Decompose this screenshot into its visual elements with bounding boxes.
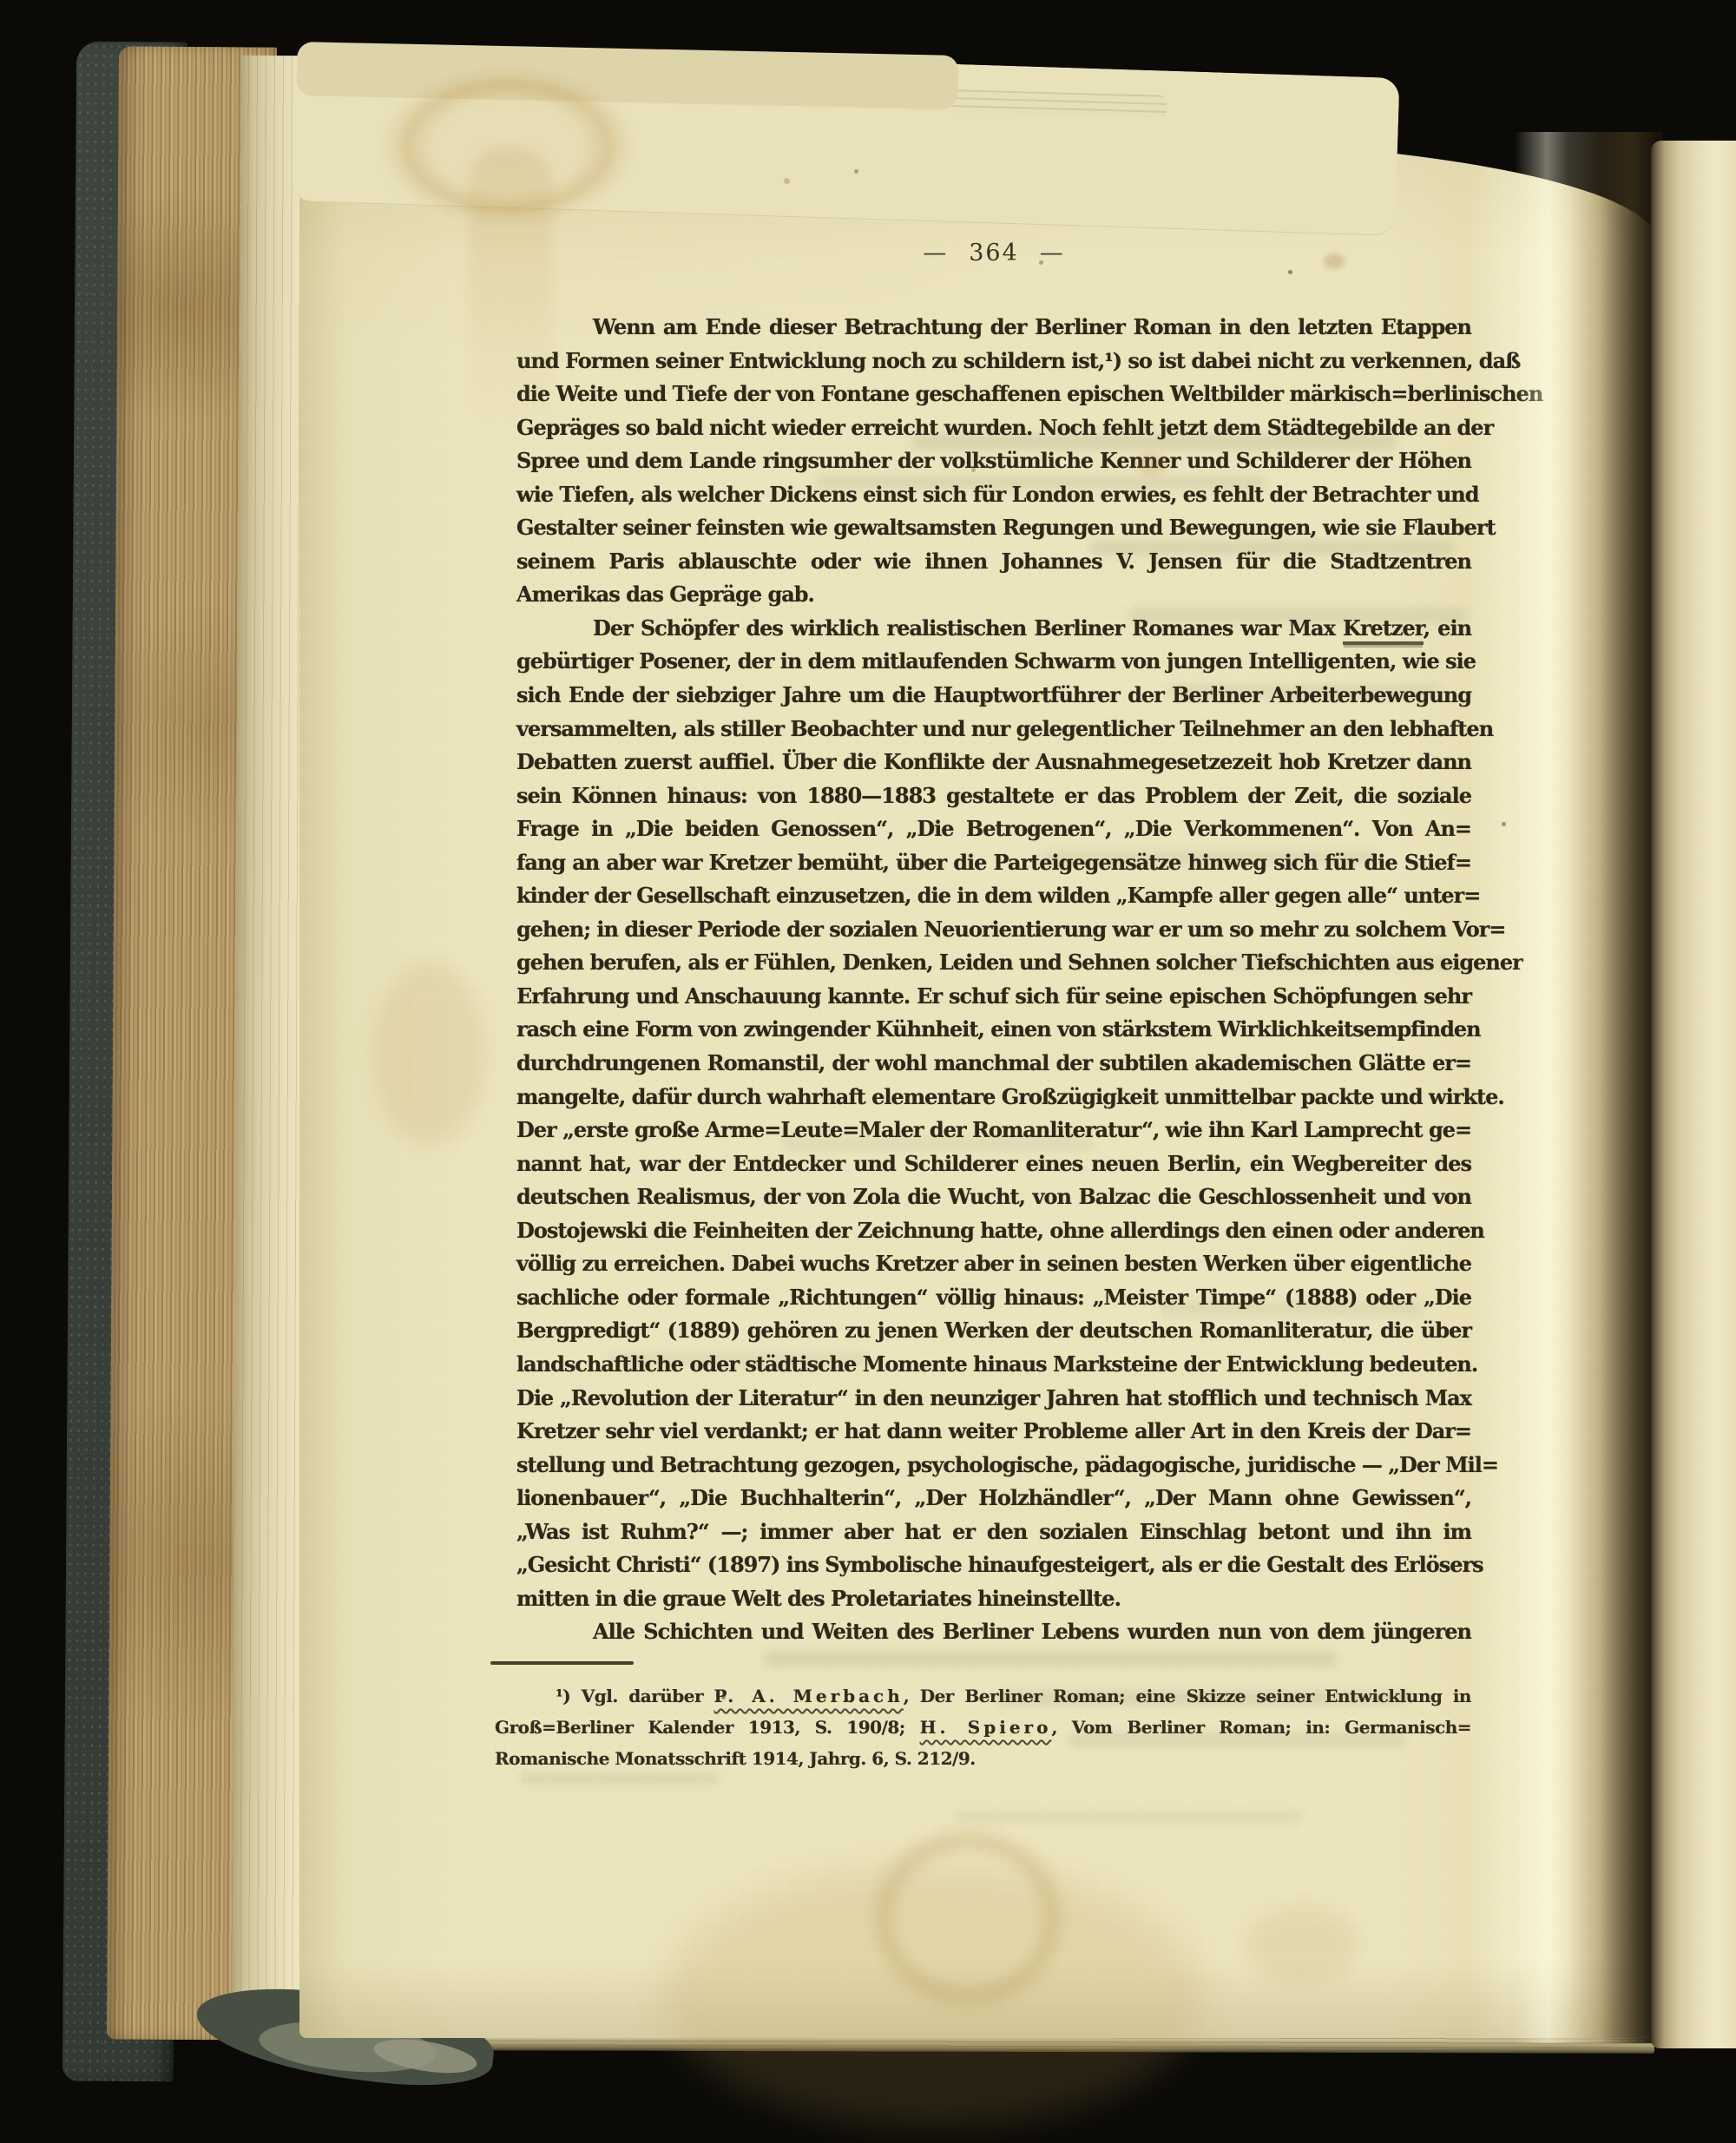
text-line: Dostojewski die Feinheiten der Zeichnung… [516,1214,1471,1248]
text-line: „Was ist Ruhm?“ —; immer aber hat er den… [516,1515,1471,1549]
bleed-through-line [764,1651,1337,1666]
facing-page-edge [1651,141,1736,2048]
line-segment: ¹) Vgl. darüber [556,1686,714,1706]
text-line: Spree und dem Lande ringsumher der volks… [516,444,1471,478]
text-line: sich Ende der siebziger Jahre um die Hau… [516,679,1471,713]
text-line: Die „Revolution der Literatur“ in den ne… [516,1382,1471,1416]
page-number: —364— [516,240,1471,266]
paragraph: Alle Schichten und Weiten des Berliner L… [516,1615,1471,1649]
text-line: „Gesicht Christi“ (1897) ins Symbolische… [516,1548,1471,1582]
wavy-underline-merbach: P. A. Merbach [714,1686,904,1706]
line-segment: Groß=Berliner Kalender 1913, S. 190/8; [495,1717,920,1738]
paper-stain [664,1866,1202,2127]
text-line: nannt hat, war der Entdecker und Schilde… [516,1147,1471,1181]
ink-underline-kretzer: Kretzer [1343,615,1424,645]
text-line: kinder der Gesellschaft einzusetzen, die… [516,879,1471,913]
gutter-shadow [1515,132,1662,2043]
bleed-through-line [955,1811,1302,1823]
header-dash: — [1040,240,1065,266]
text-line: Der Schöpfer des wirklich realistischen … [516,612,1471,646]
line-segment: , ein [1424,615,1471,641]
text-line: deutschen Realismus, der von Zola die Wu… [516,1180,1471,1214]
text-line: die Weite und Tiefe der von Fontane gesc… [516,378,1471,411]
line-segment: , Der Berliner Roman; eine Skizze seiner… [904,1686,1471,1706]
line-segment: Der Schöpfer des wirklich realistischen … [593,615,1343,641]
paper-stain [373,963,486,1146]
text-line: seinem Paris ablauschte oder wie ihnen J… [516,545,1471,579]
text-line: durchdrungenen Romanstil, der wohl manch… [516,1047,1471,1081]
text-line: wie Tiefen, als welcher Dickens einst si… [516,478,1471,512]
footnote-line: ¹) Vgl. darüber P. A. Merbach, Der Berli… [495,1680,1471,1712]
text-line: sachliche oder formale „Richtungen“ völl… [516,1281,1471,1315]
text-line: rasch eine Form von zwingender Kühnheit,… [516,1013,1471,1047]
footnote-line: Groß=Berliner Kalender 1913, S. 190/8; H… [495,1712,1471,1743]
text-line: Frage in „Die beiden Genossen“, „Die Bet… [516,812,1471,846]
dust-specks [0,0,3,3]
paper-stain [1246,1905,1358,1983]
bleed-through-line [519,1772,719,1785]
footnote-line: Romanische Monatsschrift 1914, Jahrg. 6,… [495,1743,1471,1774]
paragraph: Der Schöpfer des wirklich realistischen … [516,612,1471,1615]
text-line: Gestalter seiner feinsten wie gewaltsams… [516,511,1471,545]
body-text: Wenn am Ende dieser Betrachtung der Berl… [516,311,1471,1649]
text-line: gehen; in dieser Periode der sozialen Ne… [516,913,1471,947]
paragraph: Wenn am Ende dieser Betrachtung der Berl… [516,311,1471,612]
text-line: Wenn am Ende dieser Betrachtung der Berl… [516,311,1471,345]
page-number-value: 364 [969,240,1019,266]
book-page: —364— Wenn am Ende dieser Betrachtung de… [299,139,1658,2038]
text-line: Kretzer sehr viel verdankt; er hat dann … [516,1415,1471,1449]
text-line: Erfahrung und Anschauung kannte. Er schu… [516,980,1471,1014]
text-line: versammelten, als stiller Beobachter und… [516,713,1471,746]
text-line: Alle Schichten und Weiten des Berliner L… [516,1615,1471,1649]
text-line: völlig zu erreichen. Dabei wuchs Kretzer… [516,1247,1471,1281]
text-line: mitten in die graue Welt des Proletariat… [516,1582,1471,1616]
text-line: sein Können hinaus: von 1880—1883 gestal… [516,779,1471,813]
book-photo: —364— Wenn am Ende dieser Betrachtung de… [0,0,1736,2143]
text-line: gehen berufen, als er Fühlen, Denken, Le… [516,946,1471,980]
line-segment: , Vom Berliner Roman; in: Germanisch= [1051,1717,1471,1738]
text-line: landschaftliche oder städtische Momente … [516,1348,1471,1382]
text-line: mangelte, dafür durch wahrhaft elementar… [516,1081,1471,1114]
text-line: stellung und Betrachtung gezogen, psycho… [516,1449,1471,1482]
footnote-separator [490,1661,634,1665]
text-line: und Formen seiner Entwicklung noch zu sc… [516,345,1471,378]
text-line: fang an aber war Kretzer bemüht, über di… [516,846,1471,880]
header-dash: — [923,240,948,266]
text-line: Amerikas das Gepräge gab. [516,578,1471,612]
text-line: Der „erste große Arme=Leute=Maler der Ro… [516,1114,1471,1147]
text-line: lionenbauer“, „Die Buchhalterin“, „Der H… [516,1482,1471,1515]
footnote: ¹) Vgl. darüber P. A. Merbach, Der Berli… [495,1680,1471,1774]
text-line: Bergpredigt“ (1889) gehören zu jenen Wer… [516,1314,1471,1348]
text-line: Gepräges so bald nicht wieder erreicht w… [516,411,1471,445]
wavy-underline-spiero: H. Spiero [920,1717,1052,1738]
text-line: Debatten zuerst auffiel. Über die Konfli… [516,746,1471,779]
text-line: gebürtiger Posener, der in dem mitlaufen… [516,645,1471,679]
paper-stain [855,1814,1081,2022]
